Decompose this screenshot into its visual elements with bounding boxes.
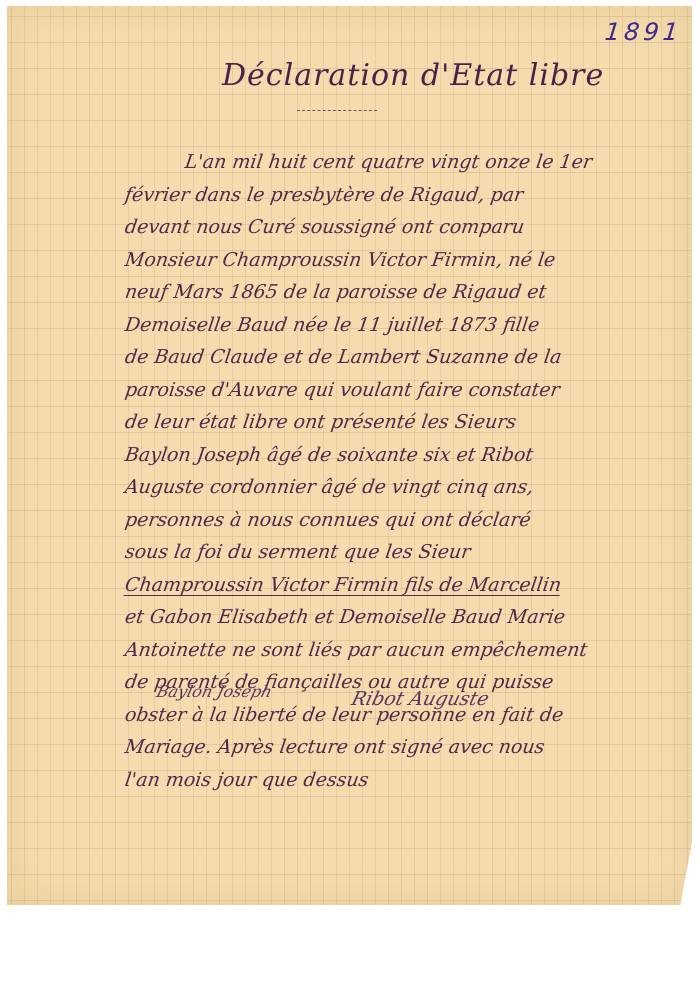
signature-block: Baylon Joseph Ribot Auguste <box>157 682 587 722</box>
text-line: février dans le presbytère de Rigaud, pa… <box>123 179 700 212</box>
text-line: Baylon Joseph âgé de soixante six et Rib… <box>123 439 700 472</box>
document-title: Déclaration d'Etat libre <box>222 58 604 93</box>
text-line: personnes à nous connues qui ont déclaré <box>123 504 700 537</box>
text-line: sous la foi du serment que les Sieur <box>123 536 700 569</box>
text-line: de Baud Claude et de Lambert Suzanne de … <box>123 341 700 374</box>
text-line: Monsieur Champroussin Victor Firmin, né … <box>123 244 700 277</box>
signature-ribot: Ribot Auguste <box>349 688 491 710</box>
title-divider <box>297 110 377 111</box>
text-line: Demoiselle Baud née le 11 juillet 1873 f… <box>123 309 700 342</box>
document-page: 1891 Déclaration d'Etat libre L'an mil h… <box>7 6 692 905</box>
text-line: devant nous Curé soussigné ont comparu <box>123 211 700 244</box>
text-line: de leur état libre ont présenté les Sieu… <box>123 406 700 439</box>
text-line: Antoinette ne sont liés par aucun empêch… <box>123 634 700 667</box>
text-line: L'an mil huit cent quatre vingt onze le … <box>123 146 700 179</box>
text-line: l'an mois jour que dessus <box>123 764 700 797</box>
text-line: Champroussin Victor Firmin fils de Marce… <box>123 569 700 602</box>
signature-baylon: Baylon Joseph <box>155 682 274 701</box>
text-line: Auguste cordonnier âgé de vingt cinq ans… <box>123 471 700 504</box>
text-line: neuf Mars 1865 de la paroisse de Rigaud … <box>123 276 700 309</box>
text-line: et Gabon Elisabeth et Demoiselle Baud Ma… <box>123 601 700 634</box>
text-line: Mariage. Après lecture ont signé avec no… <box>123 731 700 764</box>
text-line: paroisse d'Auvare qui voulant faire cons… <box>123 374 700 407</box>
year-annotation: 1891 <box>604 18 684 46</box>
